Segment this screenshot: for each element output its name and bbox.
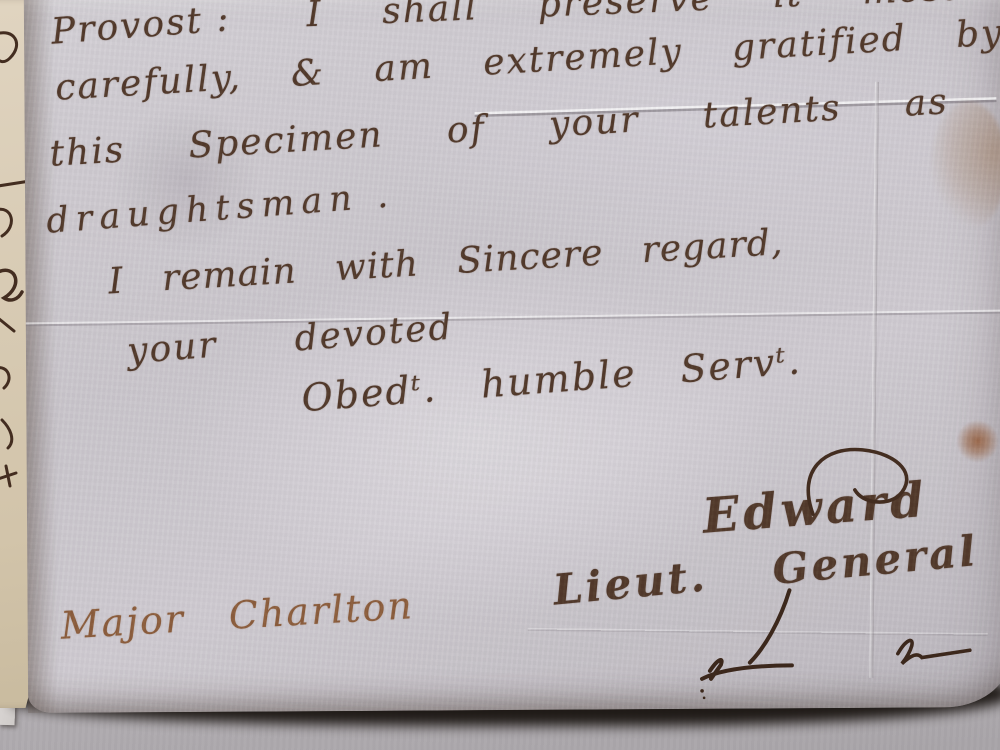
fold-crease-vertical-right xyxy=(869,82,879,678)
rust-spot xyxy=(956,419,998,463)
letter-closing-line-1: I remain with Sincere regard, xyxy=(107,225,784,300)
fold-crease-lower xyxy=(528,628,988,636)
letter-photograph: Provost : I shall preserve it most caref… xyxy=(0,0,1000,750)
signature-name: Edward xyxy=(701,476,929,541)
letter-page: Provost : I shall preserve it most caref… xyxy=(24,0,1000,713)
fold-crease-middle xyxy=(26,310,1000,327)
letter-closing-line-2: your devoted xyxy=(126,310,455,371)
left-fold-shadow xyxy=(24,0,58,713)
letter-line-4: draughtsman . xyxy=(45,178,396,239)
signature-rank: Lieut. General xyxy=(551,530,980,612)
addressee-line: Major Charlton xyxy=(60,586,415,645)
letter-line-provost: Provost : xyxy=(50,1,232,51)
